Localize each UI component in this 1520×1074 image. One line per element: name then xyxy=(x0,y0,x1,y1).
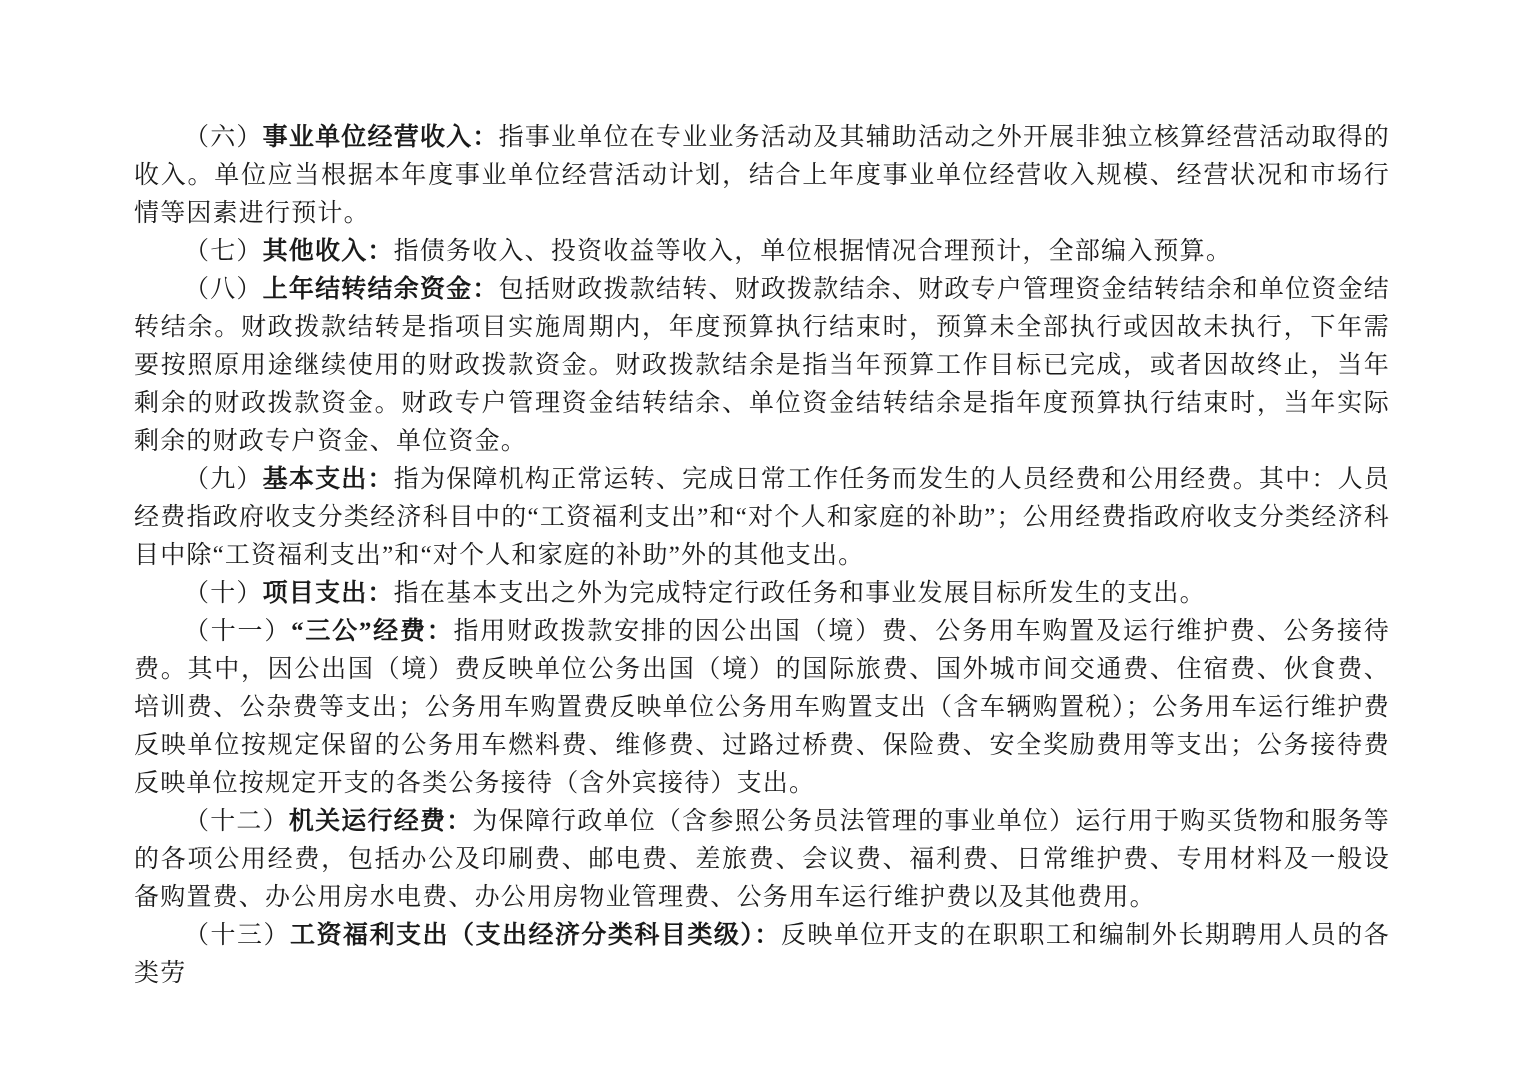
paragraph: （十二）机关运行经费：为保障行政单位（含参照公务员法管理的事业单位）运行用于购买… xyxy=(134,803,1390,917)
paragraph: （九）基本支出：指为保障机构正常运转、完成日常工作任务而发生的人员经费和公用经费… xyxy=(134,461,1390,575)
term-colon: ： xyxy=(754,922,781,949)
paragraph-body: 指在基本支出之外为完成特定行政任务和事业发展目标所发生的支出。 xyxy=(394,580,1206,607)
paragraph: （六）事业单位经营收入：指事业单位在专业业务活动及其辅助活动之外开展非独立核算经… xyxy=(134,119,1390,233)
paragraph: （十三）工资福利支出（支出经济分类科目类级）：反映单位开支的在职职工和编制外长期… xyxy=(134,917,1390,993)
term-colon: ： xyxy=(472,124,498,151)
paragraph: （十一）“三公”经费：指用财政拨款安排的因公出国（境）费、公务用车购置及运行维护… xyxy=(134,613,1390,803)
term-colon: ： xyxy=(368,466,394,493)
paragraph-number: （六） xyxy=(184,124,263,151)
paragraph: （十）项目支出：指在基本支出之外为完成特定行政任务和事业发展目标所发生的支出。 xyxy=(134,575,1390,613)
paragraph-number: （十三） xyxy=(184,922,290,949)
term-colon: ： xyxy=(472,276,498,303)
paragraph-number: （九） xyxy=(184,466,263,493)
term-colon: ： xyxy=(446,808,472,835)
term-label: “三公”经费 xyxy=(291,618,427,645)
term-colon: ： xyxy=(367,580,393,607)
term-label: 基本支出 xyxy=(263,466,368,493)
term-label: 项目支出 xyxy=(263,580,368,607)
paragraph: （七）其他收入：指债务收入、投资收益等收入，单位根据情况合理预计，全部编入预算。 xyxy=(134,233,1390,271)
paragraph-number: （七） xyxy=(184,238,263,265)
paragraph: （八）上年结转结余资金：包括财政拨款结转、财政拨款结余、财政专户管理资金结转结余… xyxy=(134,271,1390,461)
term-label: 事业单位经营收入 xyxy=(263,124,473,151)
paragraph-number: （八） xyxy=(184,276,263,303)
term-label: 其他收入 xyxy=(263,238,368,265)
paragraph-number: （十二） xyxy=(184,808,289,835)
paragraph-body: 指债务收入、投资收益等收入，单位根据情况合理预计，全部编入预算。 xyxy=(394,238,1232,265)
term-colon: ： xyxy=(367,238,393,265)
paragraph-number: （十一） xyxy=(184,618,291,645)
document-page: （六）事业单位经营收入：指事业单位在专业业务活动及其辅助活动之外开展非独立核算经… xyxy=(0,0,1520,1074)
term-label: 机关运行经费 xyxy=(289,808,446,835)
term-colon: ： xyxy=(427,618,454,645)
term-label: 工资福利支出（支出经济分类科目类级） xyxy=(290,922,754,949)
paragraph-number: （十） xyxy=(184,580,263,607)
term-label: 上年结转结余资金 xyxy=(263,276,473,303)
